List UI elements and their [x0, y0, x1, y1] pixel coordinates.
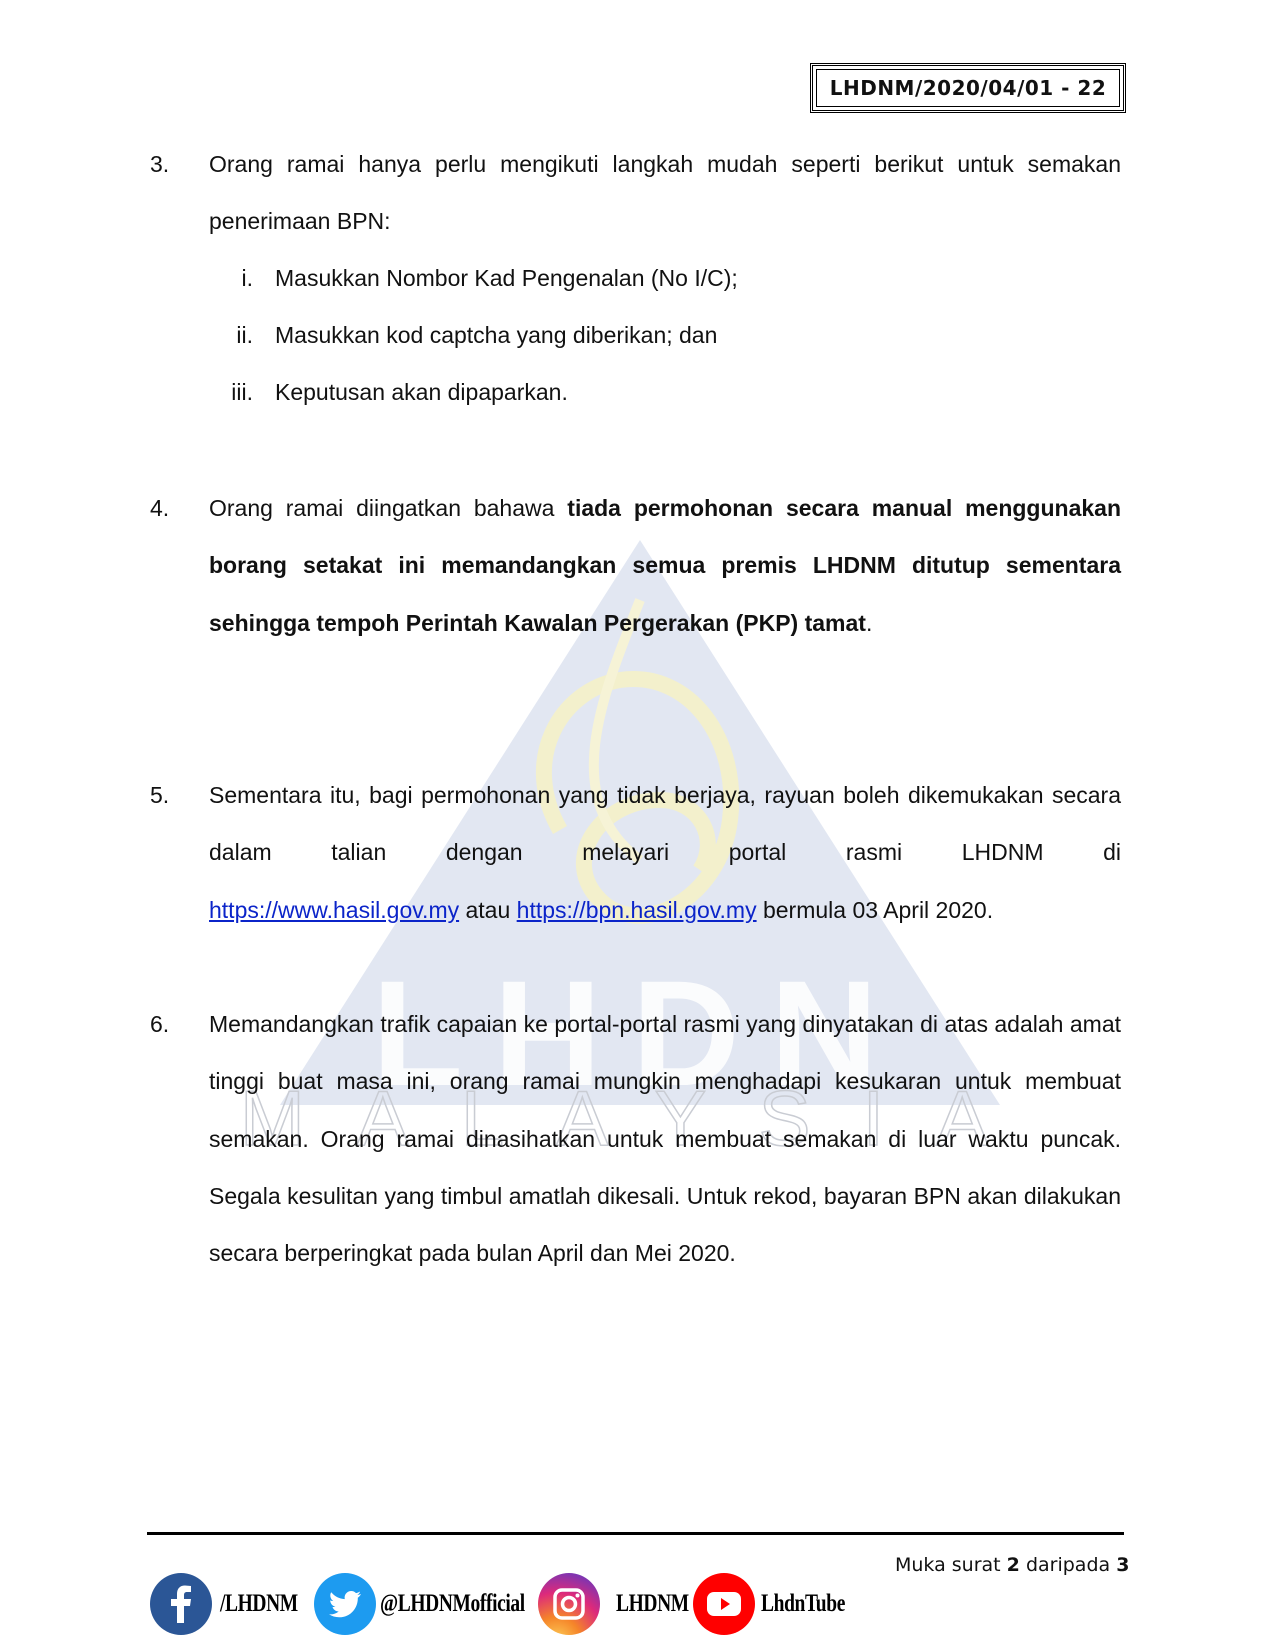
facebook-icon: [150, 1573, 212, 1635]
social-instagram[interactable]: LHDNM: [538, 1572, 709, 1636]
social-facebook[interactable]: /LHDNM: [150, 1572, 320, 1636]
bpn-portal-link[interactable]: https://bpn.hasil.gov.my: [517, 897, 757, 923]
page-total: 3: [1116, 1554, 1129, 1576]
paragraph-text: Orang ramai hanya perlu mengikuti langka…: [209, 136, 1121, 251]
social-twitter[interactable]: @LHDNMofficial: [314, 1572, 566, 1636]
paragraph-links-line: https://www.hasil.gov.my atau https://bp…: [209, 882, 1121, 939]
footer-divider: [147, 1532, 1124, 1535]
step-text: Keputusan akan dipaparkan.: [275, 364, 568, 421]
paragraph-text: Orang ramai diingatkan bahawa tiada perm…: [209, 480, 1121, 652]
reference-number-box: LHDNM/2020/04/01 - 22: [810, 63, 1126, 113]
social-label: /LHDNM: [220, 1590, 298, 1618]
paragraph-6: 6. Memandangkan trafik capaian ke portal…: [150, 996, 1121, 1282]
paragraph-3: 3. Orang ramai hanya perlu mengikuti lan…: [150, 136, 1121, 251]
paragraph-number: 3.: [150, 136, 169, 193]
paragraph-text: Memandangkan trafik capaian ke portal-po…: [209, 996, 1121, 1282]
paragraph-5: 5. Sementara itu, bagi permohonan yang t…: [150, 767, 1121, 939]
social-label: @LHDNMofficial: [380, 1590, 525, 1618]
social-label: LhdnTube: [761, 1590, 845, 1618]
paragraph-number: 5.: [150, 767, 169, 824]
page-label: daripada: [1020, 1554, 1116, 1576]
step-number: ii.: [203, 307, 253, 364]
twitter-icon: [314, 1573, 376, 1635]
text-normal: .: [866, 610, 872, 636]
page-current: 2: [1007, 1554, 1020, 1576]
youtube-icon: [693, 1573, 755, 1635]
step-text: Masukkan Nombor Kad Pengenalan (No I/C);: [275, 250, 738, 307]
step-number: i.: [203, 250, 253, 307]
social-youtube[interactable]: LhdnTube: [693, 1572, 869, 1636]
page-label: Muka surat: [895, 1554, 1007, 1576]
page-indicator: Muka surat 2 daripada 3: [895, 1554, 1129, 1576]
instagram-icon: [538, 1573, 600, 1635]
paragraph-text: Sementara itu, bagi permohonan yang tida…: [209, 767, 1121, 882]
paragraph-number: 6.: [150, 996, 169, 1053]
social-label: LHDNM: [616, 1590, 689, 1618]
paragraph-4: 4. Orang ramai diingatkan bahawa tiada p…: [150, 480, 1121, 652]
paragraph-number: 4.: [150, 480, 169, 537]
step-number: iii.: [203, 364, 253, 421]
text-normal: atau: [459, 897, 517, 923]
reference-number: LHDNM/2020/04/01 - 22: [830, 76, 1107, 100]
text-normal: Orang ramai diingatkan bahawa: [209, 495, 567, 521]
step-text: Masukkan kod captcha yang diberikan; dan: [275, 307, 717, 364]
text-normal: bermula 03 April 2020.: [757, 897, 994, 923]
hasil-portal-link[interactable]: https://www.hasil.gov.my: [209, 897, 459, 923]
